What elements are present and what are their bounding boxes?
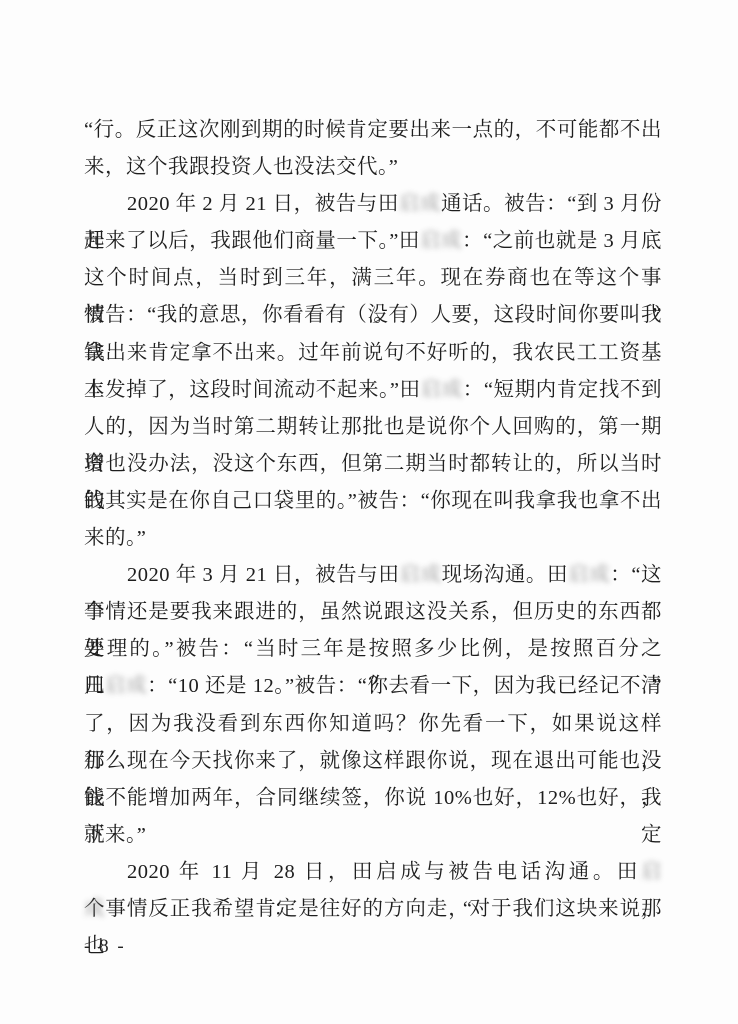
text-line: 田启成：“10 还是 12。”被告：“你去看一下，因为我已经记不清 [84,668,662,705]
text-line: 那么现在今天找你来了，就像这样跟你说，现在退出可能也没钱， [84,743,662,780]
redacted-name: 启成 [105,675,147,697]
redacted-name: 启成 [420,230,462,252]
text-segment: 现场沟通。田 [442,564,568,586]
text-segment: ：“短期内肯定找不到 [463,379,662,401]
text-line: 能不能增加两年，合同继续签，你说 10%也好，12%也好，我就定 [84,780,662,817]
judgment-text-block: “行。反正这次刚到期的时候肯定要出来一点的，不可能都不出来，这个我跟投资人也没法… [84,112,662,928]
text-segment: 上发掉了，这段时间流动不起来。”田 [84,379,421,401]
text-segment: 钱其实是在你自己口袋里的。”被告：“你现在叫我拿我也拿不出 [84,490,662,512]
text-segment: ：“10 还是 12。”被告：“你去看一下，因为我已经记不清 [147,675,662,697]
text-line: 2020 年 2 月 21 日，被告与田启成通话。被告：“到 3 月份开 [84,186,662,223]
text-line: 来的。” [84,520,662,557]
text-line: 了，因为我没看到东西你知道吗？你先看一下，如果说这样行， [84,706,662,743]
text-line: 钱其实是在你自己口袋里的。”被告：“你现在叫我拿我也拿不出 [84,483,662,520]
redacted-name: 启成 [399,564,441,586]
redacted-name: 启成 [421,379,463,401]
text-segment: 田 [84,675,105,697]
text-segment: 起来了以后，我跟他们商量一下。”田 [84,230,420,252]
document-page: “行。反正这次刚到期的时候肯定要出来一点的，不可能都不出来，这个我跟投资人也没法… [0,0,738,1024]
text-line: 上发掉了，这段时间流动不起来。”田启成：“短期内肯定找不到 [84,372,662,409]
text-line: 2020 年 11 月 28 日，田启成与被告电话沟通。田启成：“那 [84,854,662,891]
text-line: 处理的。”被告：“当时三年是按照多少比例，是按照百分之几？” [84,631,662,668]
text-line: 钱出来肯定拿不出来。过年前说句不好听的，我农民工工资基本 [84,335,662,372]
text-line: 资也没办法，没这个东西，但第二期当时都转让的，所以当时的 [84,446,662,483]
text-segment: 2020 年 11 月 28 日，田启成与被告电话沟通。田 [127,861,641,883]
text-line: “行。反正这次刚到期的时候肯定要出来一点的，不可能都不出 [84,112,662,149]
text-line: 这个时间点，当时到三年，满三年。现在券商也在等这个事情。” [84,260,662,297]
text-segment: 来的。” [84,527,146,549]
text-segment: 能不能增加两年，合同继续签，你说 10%也好，12%也好，我就定 [84,787,662,846]
text-line: 被告：“我的意思，你看看有（没有）人要，这段时间你要叫我拿 [84,297,662,334]
text-segment: 2020 年 3 月 21 日，被告与田 [127,564,399,586]
redacted-name: 启成 [568,564,610,586]
text-segment: 下来。” [84,824,146,846]
text-line: 起来了以后，我跟他们商量一下。”田启成：“之前也就是 3 月底 [84,223,662,260]
text-line: 2020 年 3 月 21 日，被告与田启成现场沟通。田启成：“这个 [84,557,662,594]
text-line: 事情还是要我来跟进的，虽然说跟这没关系，但历史的东西都要 [84,594,662,631]
page-number: - 8 - [84,936,126,958]
text-segment: “行。反正这次刚到期的时候肯定要出来一点的，不可能都不出 [84,119,662,141]
text-line: 人的，因为当时第二期转让那批也是说你个人回购的，第一期增 [84,409,662,446]
text-segment: ：“之前也就是 3 月底 [462,230,662,252]
text-line: 来，这个我跟投资人也没法交代。” [84,149,662,186]
text-segment: 来，这个我跟投资人也没法交代。” [84,156,398,178]
redacted-name: 启成 [399,193,441,215]
text-segment: 2020 年 2 月 21 日，被告与田 [127,193,399,215]
